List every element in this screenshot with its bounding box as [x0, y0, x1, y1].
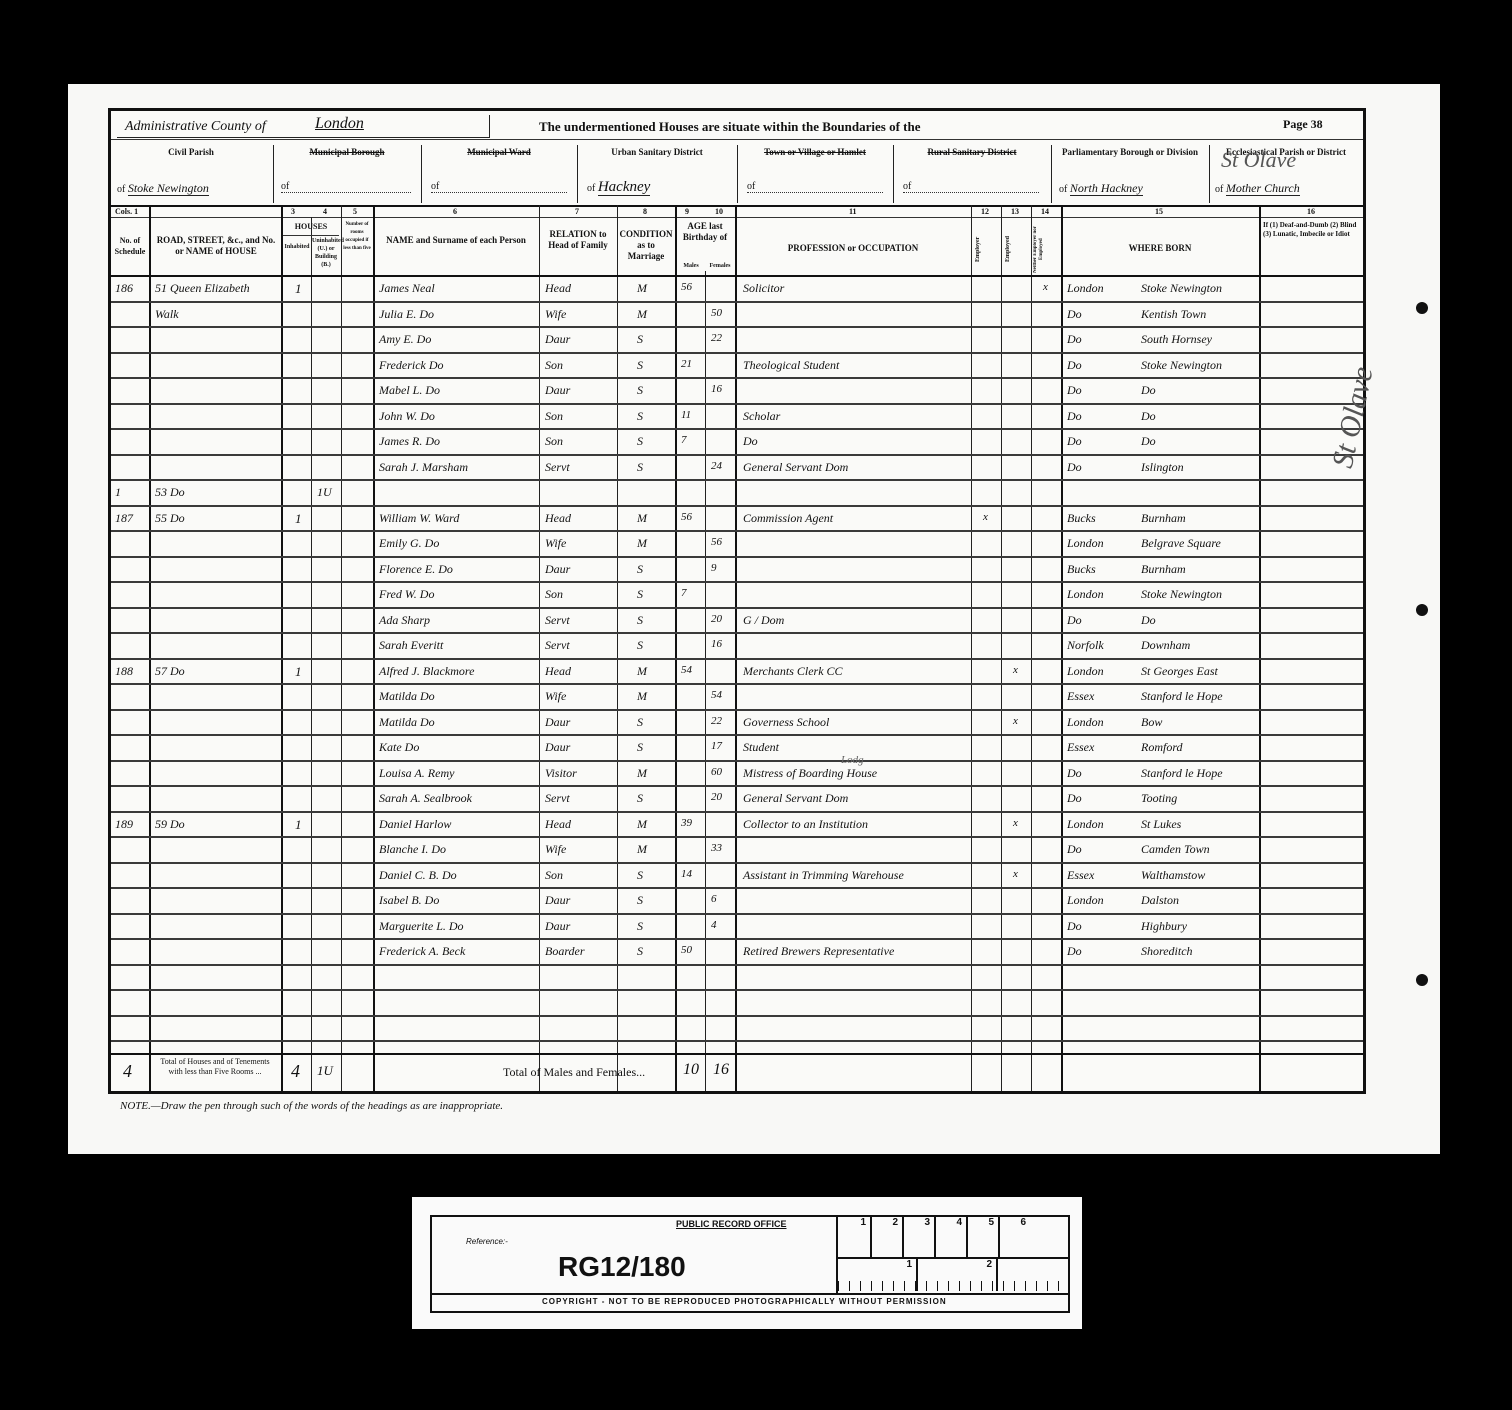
cell-born-county: Do [1067, 919, 1082, 934]
cell-name: Sarah A. Sealbrook [379, 791, 472, 806]
header-rooms: Number of rooms occupied if less than fi… [342, 221, 372, 253]
cell-born-place: Burnham [1141, 511, 1186, 526]
cell-born-place: Do [1141, 613, 1156, 628]
cell-female-age: 22 [711, 715, 722, 727]
cell-born-place: Burnham [1141, 562, 1186, 577]
cell-name: Sarah J. Marsham [379, 460, 468, 475]
punch-hole [1416, 604, 1428, 616]
cell-born-county: Bucks [1067, 511, 1096, 526]
cell-born-place: Tooting [1141, 791, 1177, 806]
cell-born-place: Stanford le Hope [1141, 766, 1223, 781]
cell-neither: x [1043, 281, 1048, 293]
cell-born-county: London [1067, 817, 1104, 832]
cell-relation: Head [545, 281, 571, 296]
col-num-11: 11 [849, 207, 857, 216]
cell-born-county: Do [1067, 613, 1082, 628]
cell-born-place: Highbury [1141, 919, 1187, 934]
table-row: Fred W. DoSonS7LondonStoke Newington [111, 583, 1363, 609]
cell-born-county: Do [1067, 434, 1082, 449]
cell-relation: Wife [545, 536, 566, 551]
header-employed: Employed [1003, 229, 1029, 269]
cell-born-place: Do [1141, 383, 1156, 398]
cell-employer: x [983, 511, 988, 523]
cell-relation: Head [545, 817, 571, 832]
cell-condition: S [637, 740, 643, 755]
cell-name: Daniel Harlow [379, 817, 451, 832]
town-village-value: of [747, 181, 883, 193]
cell-relation: Servt [545, 791, 570, 806]
col-num-8: 8 [643, 207, 647, 216]
cell-female-age: 33 [711, 842, 722, 854]
cell-condition: M [637, 842, 647, 857]
table-row: 18755 Do1William W. WardHeadM56Commissio… [111, 507, 1363, 533]
cell-condition: S [637, 332, 643, 347]
cell-condition: M [637, 536, 647, 551]
col-num-7: 7 [575, 207, 579, 216]
cell-condition: M [637, 689, 647, 704]
cell-condition: S [637, 587, 643, 602]
cell-name: Amy E. Do [379, 332, 431, 347]
cell-born-county: London [1067, 587, 1104, 602]
header-name: NAME and Surname of each Person [375, 235, 537, 246]
cell-name: Florence E. Do [379, 562, 453, 577]
header-females: Females [706, 261, 734, 272]
scale-ruler: 1 2 3 4 5 6 1 2 [836, 1217, 1070, 1293]
cell-relation: Visitor [545, 766, 577, 781]
cell-female-age: 9 [711, 562, 717, 574]
cell-female-age: 20 [711, 791, 722, 803]
col-num-6: 6 [453, 207, 457, 216]
cell-born-place: Bow [1141, 715, 1162, 730]
cell-born-place: Camden Town [1141, 842, 1210, 857]
cell-male-age: 56 [681, 511, 692, 523]
cell-address: Walk [155, 307, 179, 322]
admin-county-label: Administrative County of [125, 119, 266, 135]
header-neither: Neither Employer nor Employed [1033, 223, 1059, 275]
row-rule [111, 989, 1363, 991]
cell-schedule: 1 [115, 485, 121, 500]
cell-name: Emily G. Do [379, 536, 439, 551]
cell-female-age: 16 [711, 383, 722, 395]
cell-born-place: Stoke Newington [1141, 587, 1222, 602]
cell-name: Julia E. Do [379, 307, 434, 322]
cell-name: James Neal [379, 281, 435, 296]
cell-male-age: 56 [681, 281, 692, 293]
cell-relation: Wife [545, 307, 566, 322]
cell-occupation: G / Dom [743, 613, 784, 628]
census-page: Administrative County of London The unde… [68, 84, 1440, 1154]
cell-relation: Son [545, 868, 563, 883]
cell-uninhabited: 1U [317, 485, 332, 500]
sanitary-district-value: Hackney [598, 179, 650, 196]
cell-female-age: 56 [711, 536, 722, 548]
cell-name: Daniel C. B. Do [379, 868, 457, 883]
cell-relation: Son [545, 409, 563, 424]
cell-occupation: Retired Brewers Representative [743, 944, 894, 959]
header-condition: CONDITION as to Marriage [619, 229, 673, 262]
col-num-14: 14 [1041, 207, 1049, 216]
municipal-ward-label: Municipal Ward [423, 147, 575, 158]
cell-relation: Daur [545, 893, 570, 908]
cell-occupation: Assistant in Trimming Warehouse [743, 868, 904, 883]
cell-born-place: Walthamstow [1141, 868, 1205, 883]
reference-number: RG12/180 [558, 1251, 686, 1283]
cell-born-county: Do [1067, 358, 1082, 373]
cell-condition: S [637, 715, 643, 730]
cell-born-county: Do [1067, 383, 1082, 398]
cell-born-county: Do [1067, 332, 1082, 347]
header-occupation: PROFESSION or OCCUPATION [737, 243, 969, 254]
cell-name: James R. Do [379, 434, 440, 449]
cell-male-age: 21 [681, 358, 692, 370]
ecclesiastical-parish-value: Mother Church [1226, 181, 1300, 196]
header-uninhabited: Uninhabited (U.) or Building (B.) [312, 237, 340, 269]
table-row: Amy E. DoDaurS22DoSouth Hornsey [111, 328, 1363, 354]
cell-born-county: Do [1067, 791, 1082, 806]
table-row: Frederick A. BeckBoarderS50Retired Brewe… [111, 940, 1363, 966]
cell-occupation: Student [743, 740, 779, 755]
cell-schedule: 187 [115, 511, 133, 526]
cell-name: John W. Do [379, 409, 435, 424]
table-row: Matilda DoDaurS22Governess SchoolxLondon… [111, 711, 1363, 737]
table-row: John W. DoSonS11ScholarDoDo [111, 405, 1363, 431]
reference-label: Reference:- [466, 1237, 508, 1246]
cell-born-place: Stanford le Hope [1141, 689, 1223, 704]
sanitary-district-label: Urban Sanitary District [579, 147, 735, 158]
cell-relation: Servt [545, 638, 570, 653]
cell-born-county: Essex [1067, 689, 1094, 704]
cell-condition: S [637, 944, 643, 959]
cell-occupation: General Servant Dom [743, 791, 848, 806]
header-males: Males [677, 261, 705, 272]
cell-occupation: Merchants Clerk CC [743, 664, 843, 679]
table-row: Kate DoDaurS17StudentEssexRomford [111, 736, 1363, 762]
header-inhabited: Inhabited [283, 243, 311, 251]
cell-relation: Daur [545, 383, 570, 398]
cell-relation: Daur [545, 332, 570, 347]
cell-condition: M [637, 766, 647, 781]
cell-born-county: London [1067, 893, 1104, 908]
col-num-10: 10 [715, 207, 723, 216]
cell-born-county: Essex [1067, 868, 1094, 883]
col-num-3: 3 [291, 207, 295, 216]
table-row: 153 Do1U [111, 481, 1363, 507]
cell-schedule: 189 [115, 817, 133, 832]
cell-born-county: Do [1067, 944, 1082, 959]
table-row: Sarah A. SealbrookServtS20General Servan… [111, 787, 1363, 813]
cell-relation: Wife [545, 842, 566, 857]
cell-male-age: 7 [681, 434, 687, 446]
cell-occupation: Governess School [743, 715, 829, 730]
cell-born-place: St Georges East [1141, 664, 1218, 679]
cell-born-place: Dalston [1141, 893, 1179, 908]
header-relation: RELATION to Head of Family [541, 229, 615, 251]
cell-born-place: Downham [1141, 638, 1190, 653]
cell-born-county: Bucks [1067, 562, 1096, 577]
cell-born-county: Essex [1067, 740, 1094, 755]
cell-name: Frederick Do [379, 358, 444, 373]
header-schedule: No. of Schedule [113, 235, 147, 257]
civil-parish-value: Stoke Newington [128, 181, 209, 196]
cell-inhabited: 1 [295, 281, 302, 297]
cell-name: Frederick A. Beck [379, 944, 465, 959]
parliamentary-borough-value: North Hackney [1070, 181, 1143, 196]
col-num-5: 5 [353, 207, 357, 216]
cell-condition: S [637, 868, 643, 883]
cell-female-age: 24 [711, 460, 722, 472]
cell-address: 59 Do [155, 817, 185, 832]
cell-born-county: Do [1067, 460, 1082, 475]
cell-male-age: 39 [681, 817, 692, 829]
census-form: Administrative County of London The unde… [108, 108, 1366, 1094]
col-num-12: 12 [981, 207, 989, 216]
cell-relation: Daur [545, 919, 570, 934]
cell-condition: M [637, 511, 647, 526]
cell-male-age: 7 [681, 587, 687, 599]
page-number: Page 38 [1283, 117, 1323, 132]
municipal-ward-value: of [431, 181, 567, 193]
cell-occupation-annotation: Lodg [841, 754, 864, 766]
cell-employed: x [1013, 817, 1018, 829]
cell-born-place: Stoke Newington [1141, 281, 1222, 296]
footnote: NOTE.—Draw the pen through such of the w… [120, 1100, 503, 1112]
cell-occupation: Theological Student [743, 358, 839, 373]
total-schedules: 4 [123, 1061, 132, 1082]
table-row: Blanche I. DoWifeM33DoCamden Town [111, 838, 1363, 864]
total-persons-label: Total of Males and Females... [503, 1065, 645, 1080]
cell-female-age: 54 [711, 689, 722, 701]
cell-female-age: 20 [711, 613, 722, 625]
admin-county-value: London [315, 115, 364, 133]
cell-male-age: 14 [681, 868, 692, 880]
cell-condition: S [637, 434, 643, 449]
total-males: 10 [683, 1061, 699, 1079]
col-num-15: 15 [1155, 207, 1163, 216]
cell-born-county: Norfolk [1067, 638, 1104, 653]
table-row: Mabel L. DoDaurS16DoDo [111, 379, 1363, 405]
cell-relation: Son [545, 587, 563, 602]
cell-born-county: London [1067, 715, 1104, 730]
cell-address: 51 Queen Elizabeth [155, 281, 250, 296]
cell-female-age: 6 [711, 893, 717, 905]
cell-name: Ada Sharp [379, 613, 430, 628]
rural-sanitary-value: of [903, 181, 1039, 193]
cell-name: Marguerite L. Do [379, 919, 464, 934]
col-num-9: 9 [685, 207, 689, 216]
cell-relation: Boarder [545, 944, 585, 959]
cell-born-place: Shoreditch [1141, 944, 1193, 959]
cell-born-place: South Hornsey [1141, 332, 1212, 347]
header-employer: Employer [973, 229, 999, 269]
cell-name: Mabel L. Do [379, 383, 440, 398]
table-row: Florence E. DoDaurS9BucksBurnham [111, 558, 1363, 584]
cell-employed: x [1013, 664, 1018, 676]
cell-relation: Servt [545, 613, 570, 628]
cell-relation: Son [545, 434, 563, 449]
cell-born-county: London [1067, 281, 1104, 296]
table-row: Marguerite L. DoDaurS4DoHighbury [111, 915, 1363, 941]
civil-parish-label: Civil Parish [111, 147, 271, 158]
cell-schedule: 186 [115, 281, 133, 296]
table-row: Ada SharpServtS20G / DomDoDo [111, 609, 1363, 635]
header-infirmity: If (1) Deaf-and-Dumb (2) Blind (3) Lunat… [1263, 221, 1363, 239]
col-num-13: 13 [1011, 207, 1019, 216]
col-num-16: 16 [1307, 207, 1315, 216]
cell-born-place: Do [1141, 409, 1156, 424]
cell-born-county: Do [1067, 842, 1082, 857]
table-row: Isabel B. DoDaurS6LondonDalston [111, 889, 1363, 915]
cell-relation: Head [545, 664, 571, 679]
cell-employed: x [1013, 715, 1018, 727]
table-row: James R. DoSonS7DoDoDo [111, 430, 1363, 456]
row-rule [111, 1040, 1363, 1042]
cell-occupation: Scholar [743, 409, 780, 424]
cell-condition: S [637, 919, 643, 934]
cell-born-place: Do [1141, 434, 1156, 449]
cell-female-age: 22 [711, 332, 722, 344]
cell-occupation: Solicitor [743, 281, 784, 296]
cell-relation: Daur [545, 562, 570, 577]
cell-name: Blanche I. Do [379, 842, 446, 857]
cell-occupation: Collector to an Institution [743, 817, 868, 832]
cell-condition: S [637, 613, 643, 628]
cell-name: Matilda Do [379, 715, 435, 730]
header-road: ROAD, STREET, &c., and No. or NAME of HO… [153, 235, 279, 257]
rural-sanitary-label: Rural Sanitary District [895, 147, 1049, 158]
cell-condition: S [637, 383, 643, 398]
cell-name: Matilda Do [379, 689, 435, 704]
parliamentary-borough-label: Parliamentary Borough or Division [1053, 147, 1207, 158]
cell-name: Fred W. Do [379, 587, 434, 602]
cell-name: William W. Ward [379, 511, 459, 526]
cell-condition: S [637, 409, 643, 424]
cell-born-place: Stoke Newington [1141, 358, 1222, 373]
municipal-borough-label: Municipal Borough [275, 147, 419, 158]
table-row: 18857 Do1Alfred J. BlackmoreHeadM54Merch… [111, 660, 1363, 686]
cell-condition: M [637, 307, 647, 322]
table-row: Sarah J. MarshamServtS24General Servant … [111, 456, 1363, 482]
cell-relation: Daur [545, 740, 570, 755]
header-age: AGE last Birthday of [677, 221, 733, 243]
cell-name: Louisa A. Remy [379, 766, 454, 781]
cell-female-age: 60 [711, 766, 722, 778]
table-row: Matilda DoWifeM54EssexStanford le Hope [111, 685, 1363, 711]
reference-card-frame: PUBLIC RECORD OFFICE Reference:- RG12/18… [430, 1215, 1070, 1313]
total-inhabited: 4 [291, 1061, 300, 1082]
cell-relation: Daur [545, 715, 570, 730]
cell-condition: S [637, 638, 643, 653]
cell-address: 53 Do [155, 485, 185, 500]
cell-occupation: Commission Agent [743, 511, 833, 526]
cell-relation: Wife [545, 689, 566, 704]
cell-relation: Servt [545, 460, 570, 475]
cell-female-age: 17 [711, 740, 722, 752]
header-houses: HOUSES [283, 221, 339, 232]
cell-name: Kate Do [379, 740, 419, 755]
table-row: Emily G. DoWifeM56LondonBelgrave Square [111, 532, 1363, 558]
cell-born-place: Islington [1141, 460, 1184, 475]
cell-condition: M [637, 817, 647, 832]
cell-condition: S [637, 893, 643, 908]
intro-text: The undermentioned Houses are situate wi… [539, 119, 920, 135]
header-where-born: WHERE BORN [1063, 243, 1257, 254]
municipal-borough-value: of [281, 181, 411, 193]
cell-born-place: St Lukes [1141, 817, 1181, 832]
punch-hole [1416, 302, 1428, 314]
cell-male-age: 54 [681, 664, 692, 676]
cell-name: Alfred J. Blackmore [379, 664, 474, 679]
cell-born-place: Belgrave Square [1141, 536, 1221, 551]
total-houses-label: Total of Houses and of Tenements with le… [153, 1057, 277, 1077]
cell-inhabited: 1 [295, 511, 302, 527]
cell-male-age: 11 [681, 409, 691, 421]
table-row: Louisa A. RemyVisitorM60Mistress of Boar… [111, 762, 1363, 788]
public-record-office: PUBLIC RECORD OFFICE [676, 1219, 787, 1229]
col-num-1: Cols. 1 [115, 207, 138, 216]
table-row: Frederick DoSonS21Theological StudentDoS… [111, 354, 1363, 380]
table-row: Daniel C. B. DoSonS14Assistant in Trimmi… [111, 864, 1363, 890]
cell-schedule: 188 [115, 664, 133, 679]
table-row: 18959 Do1Daniel HarlowHeadM39Collector t… [111, 813, 1363, 839]
col-num-4: 4 [323, 207, 327, 216]
cell-born-county: Do [1067, 409, 1082, 424]
cell-born-place: Kentish Town [1141, 307, 1206, 322]
cell-female-age: 16 [711, 638, 722, 650]
table-row: Sarah EverittServtS16NorfolkDownham [111, 634, 1363, 660]
cell-condition: M [637, 664, 647, 679]
cell-born-county: London [1067, 664, 1104, 679]
cell-address: 57 Do [155, 664, 185, 679]
total-females: 16 [713, 1061, 729, 1079]
cell-born-county: Do [1067, 307, 1082, 322]
total-uninhabited: 1U [317, 1063, 333, 1079]
cell-condition: S [637, 791, 643, 806]
cell-occupation: Mistress of Boarding House [743, 766, 877, 781]
table-row: 18651 Queen Elizabeth1James NealHeadM56S… [111, 277, 1363, 303]
cell-name: Isabel B. Do [379, 893, 439, 908]
cell-relation: Head [545, 511, 571, 526]
cell-female-age: 4 [711, 919, 717, 931]
punch-hole [1416, 974, 1428, 986]
cell-condition: S [637, 562, 643, 577]
cell-inhabited: 1 [295, 664, 302, 680]
cell-relation: Son [545, 358, 563, 373]
cell-condition: S [637, 460, 643, 475]
cell-occupation: General Servant Dom [743, 460, 848, 475]
cell-occupation: Do [743, 434, 758, 449]
cell-condition: M [637, 281, 647, 296]
cell-inhabited: 1 [295, 817, 302, 833]
reference-card: PUBLIC RECORD OFFICE Reference:- RG12/18… [412, 1197, 1082, 1329]
cell-condition: S [637, 358, 643, 373]
ecclesiastical-annotation: St Olave [1221, 147, 1296, 173]
admin-county-box: Administrative County of London [117, 115, 490, 138]
cell-born-county: Do [1067, 766, 1082, 781]
cell-name: Sarah Everitt [379, 638, 443, 653]
cell-born-county: London [1067, 536, 1104, 551]
cell-born-place: Romford [1141, 740, 1183, 755]
cell-male-age: 50 [681, 944, 692, 956]
cell-address: 55 Do [155, 511, 185, 526]
row-rule [111, 1015, 1363, 1017]
town-village-label: Town or Village or Hamlet [739, 147, 891, 158]
table-row: WalkJulia E. DoWifeM50DoKentish Town [111, 303, 1363, 329]
copyright-notice: COPYRIGHT - NOT TO BE REPRODUCED PHOTOGR… [542, 1297, 947, 1306]
cell-employed: x [1013, 868, 1018, 880]
cell-female-age: 50 [711, 307, 722, 319]
